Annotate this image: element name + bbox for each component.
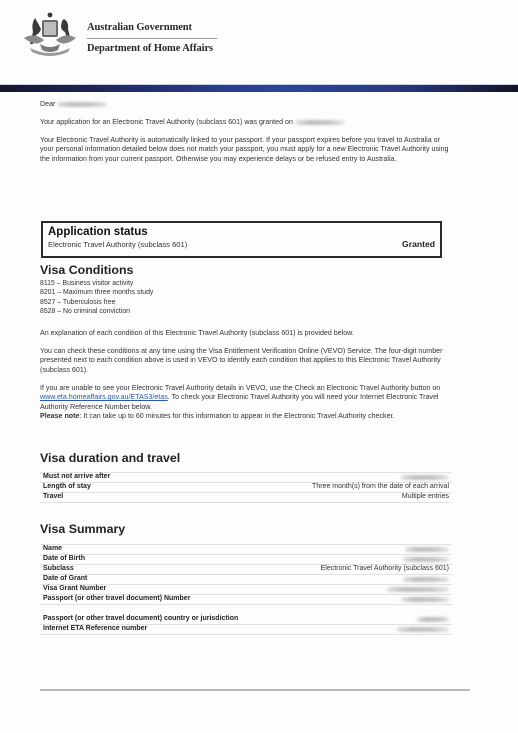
government-name: Australian Government	[87, 22, 217, 33]
table-row: Name	[40, 544, 452, 554]
grant-line: Your application for an Electronic Trave…	[40, 118, 452, 127]
footer-divider	[40, 689, 470, 691]
table-row: Internet ETA Reference number	[40, 624, 452, 635]
eta-check-link[interactable]: www.eta.homeaffairs.gov.au/ETAS3/etas	[40, 393, 168, 401]
please-note-label: Please note	[40, 412, 79, 420]
redacted-value	[401, 475, 449, 480]
condition-item: 8115 – Business visitor activity	[40, 279, 153, 288]
vevo-paragraph: You can check these conditions at any ti…	[40, 347, 454, 375]
title-divider	[87, 38, 217, 39]
application-status-title: Application status	[48, 225, 435, 239]
check-eta-paragraph: If you are unable to see your Electronic…	[40, 384, 454, 422]
condition-item: 8527 – Tuberculosis free	[40, 298, 153, 307]
application-visa-type: Electronic Travel Authority (subclass 60…	[48, 239, 187, 250]
conditions-explanation: An explanation of each condition of this…	[40, 329, 452, 338]
table-row: Passport (or other travel document) coun…	[40, 604, 452, 624]
brand-bar	[0, 85, 518, 92]
redacted-value	[397, 627, 449, 632]
visa-summary-heading: Visa Summary	[40, 522, 125, 536]
visa-duration-heading: Visa duration and travel	[40, 451, 180, 465]
table-row: Date of Grant	[40, 574, 452, 584]
redacted-value	[417, 617, 449, 622]
department-name: Department of Home Affairs	[87, 43, 217, 54]
visa-conditions-list: 8115 – Business visitor activity 8201 – …	[40, 279, 153, 317]
status-badge: Granted	[402, 239, 435, 250]
visa-duration-table: Must not arrive after Length of stay Thr…	[40, 472, 452, 503]
passport-link-paragraph: Your Electronic Travel Authority is auto…	[40, 136, 454, 164]
coat-of-arms-icon	[18, 10, 82, 62]
redacted-value	[403, 557, 449, 562]
redacted-value	[403, 577, 449, 582]
redacted-value	[401, 597, 449, 602]
table-row: Date of Birth	[40, 554, 452, 564]
table-row: Subclass Electronic Travel Authority (su…	[40, 564, 452, 574]
visa-conditions-heading: Visa Conditions	[40, 263, 133, 277]
redacted-value	[387, 587, 449, 592]
table-row: Travel Multiple entries	[40, 492, 452, 503]
redacted-grant-date	[295, 120, 345, 125]
application-status-row: Electronic Travel Authority (subclass 60…	[48, 239, 435, 250]
government-title-block: Australian Government Department of Home…	[87, 22, 217, 54]
visa-summary-table: Name Date of Birth Subclass Electronic T…	[40, 544, 452, 635]
condition-item: 8201 – Maximum three months study	[40, 288, 153, 297]
table-row: Visa Grant Number	[40, 584, 452, 594]
redacted-value	[405, 547, 449, 552]
table-row: Passport (or other travel document) Numb…	[40, 594, 452, 604]
salutation: Dear	[40, 100, 452, 109]
table-row: Must not arrive after	[40, 472, 452, 482]
letterhead: Australian Government Department of Home…	[0, 0, 518, 84]
condition-item: 8528 – No criminal conviction	[40, 307, 153, 316]
application-status-box: Application status Electronic Travel Aut…	[41, 221, 442, 258]
table-row: Length of stay Three month(s) from the d…	[40, 482, 452, 492]
redacted-recipient-name	[57, 102, 107, 107]
